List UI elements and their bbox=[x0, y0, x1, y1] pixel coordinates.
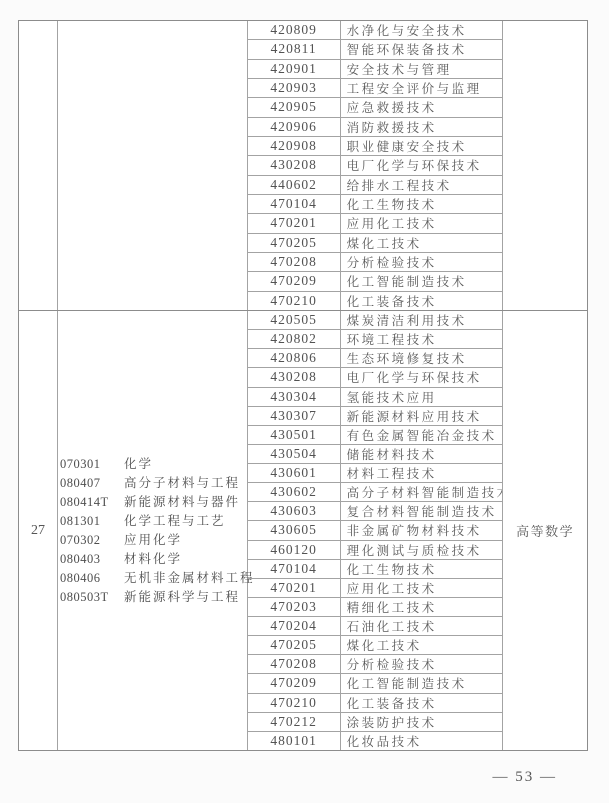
program-code: 470212 bbox=[248, 713, 341, 731]
page-number: — 53 — bbox=[493, 769, 558, 786]
majors-cell: 070301 化学 080407 高分子材料与工程 080414T 新能源材料与… bbox=[58, 311, 248, 750]
program-name: 分析检验技术 bbox=[341, 655, 504, 673]
program-name: 储能材料技术 bbox=[341, 445, 504, 463]
program-code: 420901 bbox=[248, 60, 341, 78]
program-code: 470209 bbox=[248, 272, 341, 290]
program-code: 470104 bbox=[248, 560, 341, 578]
program-name: 电厂化学与环保技术 bbox=[341, 368, 504, 386]
program-name: 生态环境修复技术 bbox=[341, 349, 504, 367]
major-code: 080407 bbox=[60, 474, 124, 493]
program-name: 消防救援技术 bbox=[341, 118, 504, 136]
program-code: 470209 bbox=[248, 674, 341, 692]
program-code: 440602 bbox=[248, 176, 341, 194]
program-code: 430307 bbox=[248, 407, 341, 425]
row-number-cell: 27 bbox=[19, 311, 58, 750]
program-code: 470205 bbox=[248, 636, 341, 654]
table-row: 470203 精细化工技术 bbox=[248, 598, 504, 617]
table-row: 420905 应急救援技术 bbox=[248, 98, 504, 117]
program-name: 石油化工技术 bbox=[341, 617, 504, 635]
program-name: 职业健康安全技术 bbox=[341, 137, 504, 155]
program-code: 430603 bbox=[248, 502, 341, 520]
table-row: 480101 化妆品技术 bbox=[248, 732, 504, 750]
program-code: 420809 bbox=[248, 21, 341, 39]
document-page: 420809 水净化与安全技术 420811 智能环保装备技术 420901 安… bbox=[0, 0, 609, 803]
table-row: 470210 化工装备技术 bbox=[248, 694, 504, 713]
program-code: 430304 bbox=[248, 388, 341, 406]
programs-subtable: 420809 水净化与安全技术 420811 智能环保装备技术 420901 安… bbox=[248, 21, 504, 310]
program-name: 工程安全评价与监理 bbox=[341, 79, 504, 97]
major-line: 070301 化学 bbox=[60, 455, 247, 474]
program-name: 煤化工技术 bbox=[341, 636, 504, 654]
major-line: 080414T 新能源材料与器件 bbox=[60, 493, 247, 512]
major-line: 070302 应用化学 bbox=[60, 531, 247, 550]
program-name: 智能环保装备技术 bbox=[341, 40, 504, 58]
program-name: 化工智能制造技术 bbox=[341, 272, 504, 290]
exam-subject-cell: 高等数学 bbox=[503, 311, 587, 750]
major-line: 080407 高分子材料与工程 bbox=[60, 474, 247, 493]
major-name: 新能源材料与器件 bbox=[124, 493, 240, 512]
program-code: 420906 bbox=[248, 118, 341, 136]
program-code: 430605 bbox=[248, 521, 341, 539]
table-row: 430501 有色金属智能冶金技术 bbox=[248, 426, 504, 445]
table-row: 470205 煤化工技术 bbox=[248, 636, 504, 655]
major-code: 080503T bbox=[60, 588, 124, 607]
major-code: 080414T bbox=[60, 493, 124, 512]
program-name: 涂装防护技术 bbox=[341, 713, 504, 731]
table-row: 420809 水净化与安全技术 bbox=[248, 21, 504, 40]
program-name: 材料工程技术 bbox=[341, 464, 504, 482]
program-name: 氢能技术应用 bbox=[341, 388, 504, 406]
program-code: 420806 bbox=[248, 349, 341, 367]
program-code: 470201 bbox=[248, 579, 341, 597]
table-row: 470208 分析检验技术 bbox=[248, 655, 504, 674]
table-row: 470205 煤化工技术 bbox=[248, 234, 504, 253]
major-code: 080403 bbox=[60, 550, 124, 569]
program-name: 应用化工技术 bbox=[341, 579, 504, 597]
major-name: 应用化学 bbox=[124, 531, 182, 550]
program-name: 化工装备技术 bbox=[341, 292, 504, 310]
program-code: 470205 bbox=[248, 234, 341, 252]
table-row: 460120 理化测试与质检技术 bbox=[248, 541, 504, 560]
program-code: 420802 bbox=[248, 330, 341, 348]
table-section-27: 27 070301 化学 080407 高分子材料与工程 080414T bbox=[19, 311, 587, 750]
program-name: 电厂化学与环保技术 bbox=[341, 156, 504, 174]
major-line: 080406 无机非金属材料工程 bbox=[60, 569, 247, 588]
table-row: 420811 智能环保装备技术 bbox=[248, 40, 504, 59]
program-name: 复合材料智能制造技术 bbox=[341, 502, 504, 520]
program-name: 水净化与安全技术 bbox=[341, 21, 504, 39]
majors-cell bbox=[58, 21, 248, 310]
table-row: 420906 消防救援技术 bbox=[248, 118, 504, 137]
program-code: 420903 bbox=[248, 79, 341, 97]
program-name: 化工智能制造技术 bbox=[341, 674, 504, 692]
row-number-cell bbox=[19, 21, 58, 310]
table-row: 420802 环境工程技术 bbox=[248, 330, 504, 349]
program-name: 给排水工程技术 bbox=[341, 176, 504, 194]
table-row: 430601 材料工程技术 bbox=[248, 464, 504, 483]
program-name: 环境工程技术 bbox=[341, 330, 504, 348]
table-row: 470209 化工智能制造技术 bbox=[248, 674, 504, 693]
program-code: 430602 bbox=[248, 483, 341, 501]
table-row: 470212 涂装防护技术 bbox=[248, 713, 504, 732]
table-row: 430307 新能源材料应用技术 bbox=[248, 407, 504, 426]
major-code: 070301 bbox=[60, 455, 124, 474]
program-name: 化工生物技术 bbox=[341, 560, 504, 578]
program-code: 430208 bbox=[248, 368, 341, 386]
major-name: 化学工程与工艺 bbox=[124, 512, 226, 531]
program-code: 420908 bbox=[248, 137, 341, 155]
program-name: 安全技术与管理 bbox=[341, 60, 504, 78]
major-name: 高分子材料与工程 bbox=[124, 474, 240, 493]
table-section-continued: 420809 水净化与安全技术 420811 智能环保装备技术 420901 安… bbox=[19, 21, 587, 311]
major-line: 080503T 新能源科学与工程 bbox=[60, 588, 247, 607]
program-code: 470210 bbox=[248, 694, 341, 712]
program-name: 化工生物技术 bbox=[341, 195, 504, 213]
program-name: 有色金属智能冶金技术 bbox=[341, 426, 504, 444]
major-line: 080403 材料化学 bbox=[60, 550, 247, 569]
program-code: 470203 bbox=[248, 598, 341, 616]
table-row: 420806 生态环境修复技术 bbox=[248, 349, 504, 368]
program-code: 480101 bbox=[248, 732, 341, 750]
program-code: 460120 bbox=[248, 541, 341, 559]
program-code: 470201 bbox=[248, 214, 341, 232]
program-name: 非金属矿物材料技术 bbox=[341, 521, 504, 539]
table-row: 420901 安全技术与管理 bbox=[248, 60, 504, 79]
program-name: 化妆品技术 bbox=[341, 732, 504, 750]
table-row: 420903 工程安全评价与监理 bbox=[248, 79, 504, 98]
program-code: 470208 bbox=[248, 253, 341, 271]
major-line: 081301 化学工程与工艺 bbox=[60, 512, 247, 531]
table-row: 430605 非金属矿物材料技术 bbox=[248, 521, 504, 540]
program-code: 430504 bbox=[248, 445, 341, 463]
table-row: 430602 高分子材料智能制造技术 bbox=[248, 483, 504, 502]
program-code: 420905 bbox=[248, 98, 341, 116]
major-name: 材料化学 bbox=[124, 550, 182, 569]
program-name: 应急救援技术 bbox=[341, 98, 504, 116]
table-row: 430304 氢能技术应用 bbox=[248, 388, 504, 407]
program-code: 470104 bbox=[248, 195, 341, 213]
table-row: 440602 给排水工程技术 bbox=[248, 176, 504, 195]
program-name: 煤炭清洁利用技术 bbox=[341, 311, 504, 329]
program-code: 470208 bbox=[248, 655, 341, 673]
table-row: 470201 应用化工技术 bbox=[248, 214, 504, 233]
majors-exam-table: 420809 水净化与安全技术 420811 智能环保装备技术 420901 安… bbox=[18, 20, 588, 751]
table-row: 470210 化工装备技术 bbox=[248, 292, 504, 310]
program-code: 430501 bbox=[248, 426, 341, 444]
program-name: 煤化工技术 bbox=[341, 234, 504, 252]
table-row: 430603 复合材料智能制造技术 bbox=[248, 502, 504, 521]
table-row: 470104 化工生物技术 bbox=[248, 560, 504, 579]
program-code: 430208 bbox=[248, 156, 341, 174]
major-code: 081301 bbox=[60, 512, 124, 531]
table-row: 420505 煤炭清洁利用技术 bbox=[248, 311, 504, 330]
programs-subtable: 420505 煤炭清洁利用技术 420802 环境工程技术 420806 生态环… bbox=[248, 311, 504, 750]
program-code: 420505 bbox=[248, 311, 341, 329]
program-name: 精细化工技术 bbox=[341, 598, 504, 616]
major-name: 化学 bbox=[124, 455, 153, 474]
program-code: 430601 bbox=[248, 464, 341, 482]
program-name: 理化测试与质检技术 bbox=[341, 541, 504, 559]
program-code: 420811 bbox=[248, 40, 341, 58]
major-code: 070302 bbox=[60, 531, 124, 550]
table-row: 470201 应用化工技术 bbox=[248, 579, 504, 598]
table-row: 470104 化工生物技术 bbox=[248, 195, 504, 214]
table-row: 420908 职业健康安全技术 bbox=[248, 137, 504, 156]
table-row: 470204 石油化工技术 bbox=[248, 617, 504, 636]
table-row: 430504 储能材料技术 bbox=[248, 445, 504, 464]
table-row: 470208 分析检验技术 bbox=[248, 253, 504, 272]
major-code: 080406 bbox=[60, 569, 124, 588]
program-name: 高分子材料智能制造技术 bbox=[341, 483, 504, 501]
program-code: 470204 bbox=[248, 617, 341, 635]
exam-subject-cell bbox=[503, 21, 587, 310]
program-name: 应用化工技术 bbox=[341, 214, 504, 232]
program-name: 分析检验技术 bbox=[341, 253, 504, 271]
table-row: 430208 电厂化学与环保技术 bbox=[248, 368, 504, 387]
table-row: 470209 化工智能制造技术 bbox=[248, 272, 504, 291]
program-name: 新能源材料应用技术 bbox=[341, 407, 504, 425]
table-row: 430208 电厂化学与环保技术 bbox=[248, 156, 504, 175]
program-name: 化工装备技术 bbox=[341, 694, 504, 712]
major-name: 新能源科学与工程 bbox=[124, 588, 240, 607]
major-name: 无机非金属材料工程 bbox=[124, 569, 255, 588]
program-code: 470210 bbox=[248, 292, 341, 310]
